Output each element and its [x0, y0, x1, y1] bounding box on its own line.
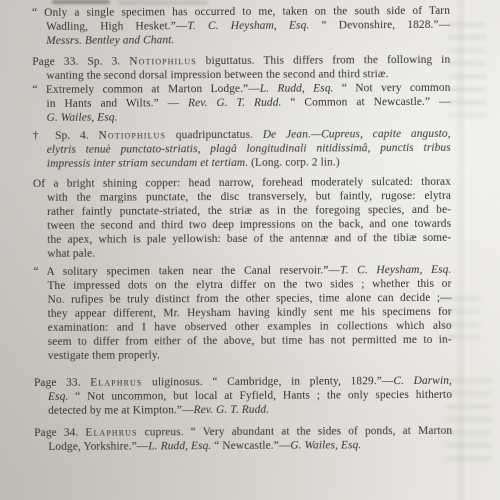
- body-text: wanting the second dorsal impression bet…: [46, 68, 388, 82]
- text-line: Wadling, High Hesket.”—T. C. Heysham, Es…: [32, 18, 450, 34]
- body-text: “ Newcastle.”—: [211, 440, 290, 452]
- paragraph: “ Only a single specimen has occurred to…: [32, 4, 450, 48]
- bleed-through-ghost: [448, 22, 486, 117]
- body-text: tween the second and third two deep impr…: [47, 218, 451, 232]
- body-text: with the margins punctate, the disc tran…: [47, 190, 451, 204]
- body-text: the apex, which is pale yellowish: base …: [47, 232, 451, 246]
- body-text: what pale.: [47, 248, 95, 260]
- text-line: the apex, which is pale yellowish: base …: [33, 231, 451, 247]
- book-page-scan: “ Only a single specimen has occurred to…: [0, 0, 500, 500]
- attribution-text: Esq.: [48, 391, 68, 403]
- attribution-text: T. C. Heysham, Esq.: [340, 264, 451, 277]
- body-text: seem to differ from either of the above,…: [48, 334, 452, 348]
- paragraph: † Sp. 4. Notiophilus quadripunctatus. De…: [33, 127, 451, 171]
- body-text: † Sp. 4.: [33, 130, 99, 142]
- genus-name: Elaphrus: [90, 376, 142, 388]
- attribution-text: G. Wailes, Esq.: [47, 112, 118, 124]
- attribution-text: C. Darwin,: [393, 375, 452, 387]
- text-line: impressis inter striam secundam et terti…: [33, 155, 451, 171]
- text-line: in Hants and Wilts.” — Rev. G. T. Rudd. …: [32, 95, 450, 111]
- body-text: Wadling, High Hesket.”—: [46, 20, 187, 33]
- attribution-text: Rev. G. T. Rudd.: [188, 97, 281, 109]
- body-text: rather faintly punctate-striated, the st…: [47, 204, 451, 218]
- body-text: Lodge, Yorkshire.”—: [48, 440, 148, 453]
- body-text: “ Not uncommon, but local at Fyfield, Ha…: [68, 389, 452, 403]
- body-text: detected by me at Kimpton.”—: [48, 404, 194, 417]
- attribution-text: De Jean.—Cupreus, capite angusto,: [263, 128, 451, 141]
- body-text: uliginosus. “ Cambridge, in plenty, 1829…: [142, 375, 393, 388]
- body-text: “ Not very common: [333, 82, 450, 95]
- body-text: biguttatus. This differs from the follow…: [197, 54, 451, 67]
- body-text: quadripunctatus.: [166, 129, 263, 142]
- text-line: Esq. “ Not uncommon, but local at Fyfiel…: [34, 388, 452, 404]
- body-text: (Long. corp. 2 lin.): [251, 156, 340, 168]
- body-text: “ Extremely common at Marton Lodge.”—: [32, 83, 259, 96]
- paragraph: Page 34. Elaphrus cupreus. “ Very abunda…: [34, 424, 452, 454]
- body-text: “ Devonshire, 1828.”—: [309, 19, 450, 32]
- text-column: “ Only a single specimen has occurred to…: [32, 4, 452, 454]
- body-text: Of a bright shining copper: head narrow,…: [33, 176, 451, 190]
- text-line: G. Wailes, Esq.: [33, 109, 451, 125]
- genus-name: Notiophilus: [129, 55, 196, 67]
- body-text: Page 33. Sp. 3.: [32, 55, 129, 68]
- body-text: No. rufipes be truly distinct from the o…: [48, 292, 452, 306]
- body-text: Page 34.: [34, 427, 85, 439]
- attribution-text: impressis inter striam secundam et terti…: [47, 157, 251, 170]
- text-line: what pale.: [33, 245, 451, 261]
- attribution-text: L. Rudd, Esq.: [260, 82, 334, 94]
- body-text: examination: and I have observed other e…: [48, 320, 452, 334]
- text-line: vestigate them properly.: [34, 347, 452, 363]
- cut-off-line-fragment: [52, 0, 110, 4]
- body-text: cupreus. “ Very abundant at the sides of…: [138, 425, 453, 439]
- text-line: Messrs. Bentley and Chant.: [32, 32, 450, 48]
- text-line: detected by me at Kimpton.”—Rev. G. T. R…: [34, 402, 452, 418]
- body-text: Page 33.: [34, 377, 90, 389]
- genus-name: Elaphrus: [85, 426, 137, 438]
- attribution-text: Rev. G. T. Rudd.: [194, 404, 270, 416]
- text-line: Lodge, Yorkshire.”—L. Rudd, Esq. “ Newca…: [34, 438, 452, 454]
- bleed-through-ghost: [446, 378, 492, 462]
- attribution-text: T. C. Heysham, Esq.: [187, 20, 309, 33]
- body-text: The impressed dots on the elytra differ …: [47, 278, 451, 292]
- body-text: “ Common at Newcastle.” —: [281, 96, 450, 109]
- body-text: in Hants and Wilts.” —: [46, 97, 188, 110]
- body-text: vestigate them properly.: [48, 349, 160, 362]
- genus-name: Notiophilus: [99, 129, 166, 141]
- attribution-text: elytris tenuè punctato-striatis, plagâ l…: [47, 142, 451, 156]
- attribution-text: G. Wailes, Esq.: [290, 439, 361, 451]
- paragraph: “ Extremely common at Marton Lodge.”—L. …: [32, 81, 450, 125]
- paragraph: Page 33. Elaphrus uliginosus. “ Cambridg…: [34, 374, 452, 418]
- paragraph: Page 33. Sp. 3. Notiophilus biguttatus. …: [32, 53, 450, 83]
- cut-off-line-fragment: [118, 1, 208, 4]
- text-line: seem to differ from either of the above,…: [34, 333, 452, 349]
- attribution-text: Messrs. Bentley and Chant.: [46, 34, 174, 47]
- body-text: “ A solitary specimen taken near the Can…: [33, 264, 340, 278]
- body-text: “ Only a single specimen has occurred to…: [32, 5, 450, 19]
- text-line: Page 34. Elaphrus cupreus. “ Very abunda…: [34, 424, 452, 440]
- body-text: they appear different, Mr. Heysham havin…: [48, 306, 452, 320]
- paragraph: “ A solitary specimen taken near the Can…: [33, 263, 452, 363]
- page-seam-shading: [455, 0, 471, 500]
- text-line: elytris tenuè punctato-striatis, plagâ l…: [33, 141, 451, 157]
- paragraph: Of a bright shining copper: head narrow,…: [33, 175, 451, 261]
- attribution-text: L. Rudd, Esq.: [148, 440, 211, 452]
